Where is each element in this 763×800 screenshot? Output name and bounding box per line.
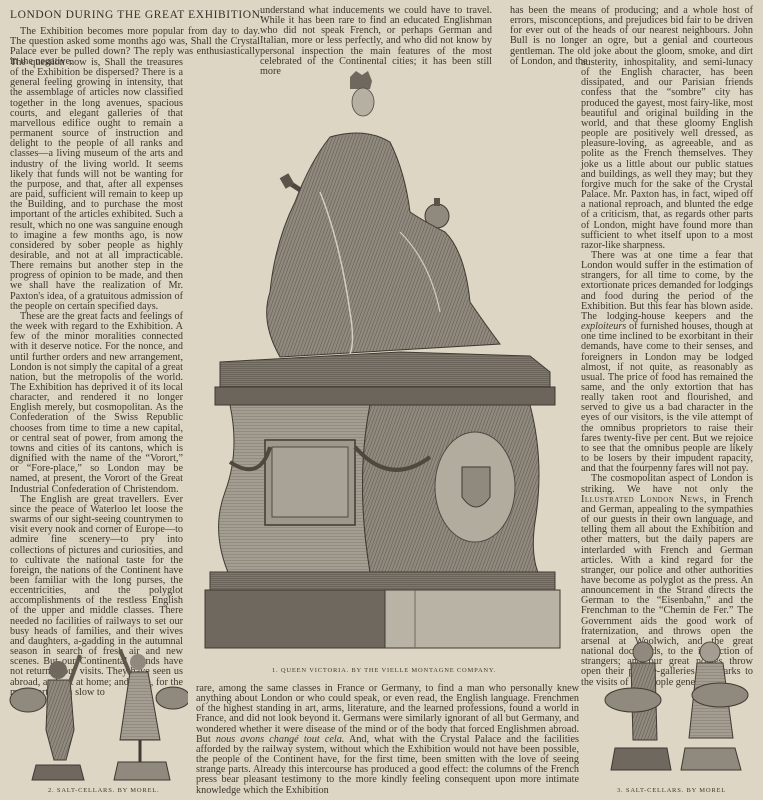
caption-figure-3: 3. Salt-Cellars. By Morel bbox=[617, 787, 726, 794]
col3-paragraph-1: austerity, inhospitality, and semi-lunac… bbox=[581, 58, 753, 251]
col3-paragraph-2: There was at one time a fear that London… bbox=[581, 251, 753, 474]
caption-figure-1: 1. Queen Victoria. By the Vielle Montagn… bbox=[272, 667, 496, 674]
caption-figure-2: 2. Salt-Cellars. By Morel. bbox=[48, 787, 159, 794]
newspaper-page: LONDON DURING THE GREAT EXHIBITION. The … bbox=[0, 0, 763, 800]
bottom-paragraph: rare, among the same classes in France o… bbox=[196, 684, 579, 796]
salt-cellar-figures-icon bbox=[585, 630, 755, 780]
headline: LONDON DURING THE GREAT EXHIBITION. bbox=[10, 9, 260, 21]
column-left: The question now is, Shall the treasures… bbox=[10, 58, 183, 698]
statue-engraving-icon bbox=[200, 62, 570, 654]
illustration-queen-victoria bbox=[200, 62, 570, 654]
column-bottom-middle: rare, among the same classes in France o… bbox=[196, 684, 579, 796]
illustration-salt-cellars-left bbox=[8, 640, 188, 782]
col1-paragraph-1: The question now is, Shall the treasures… bbox=[10, 58, 183, 312]
salt-cellar-figures-icon bbox=[8, 640, 188, 782]
col1-paragraph-2: These are the great facts and feelings o… bbox=[10, 312, 183, 495]
illustration-salt-cellars-right bbox=[585, 630, 755, 780]
column-right: austerity, inhospitality, and semi-lunac… bbox=[581, 58, 753, 688]
